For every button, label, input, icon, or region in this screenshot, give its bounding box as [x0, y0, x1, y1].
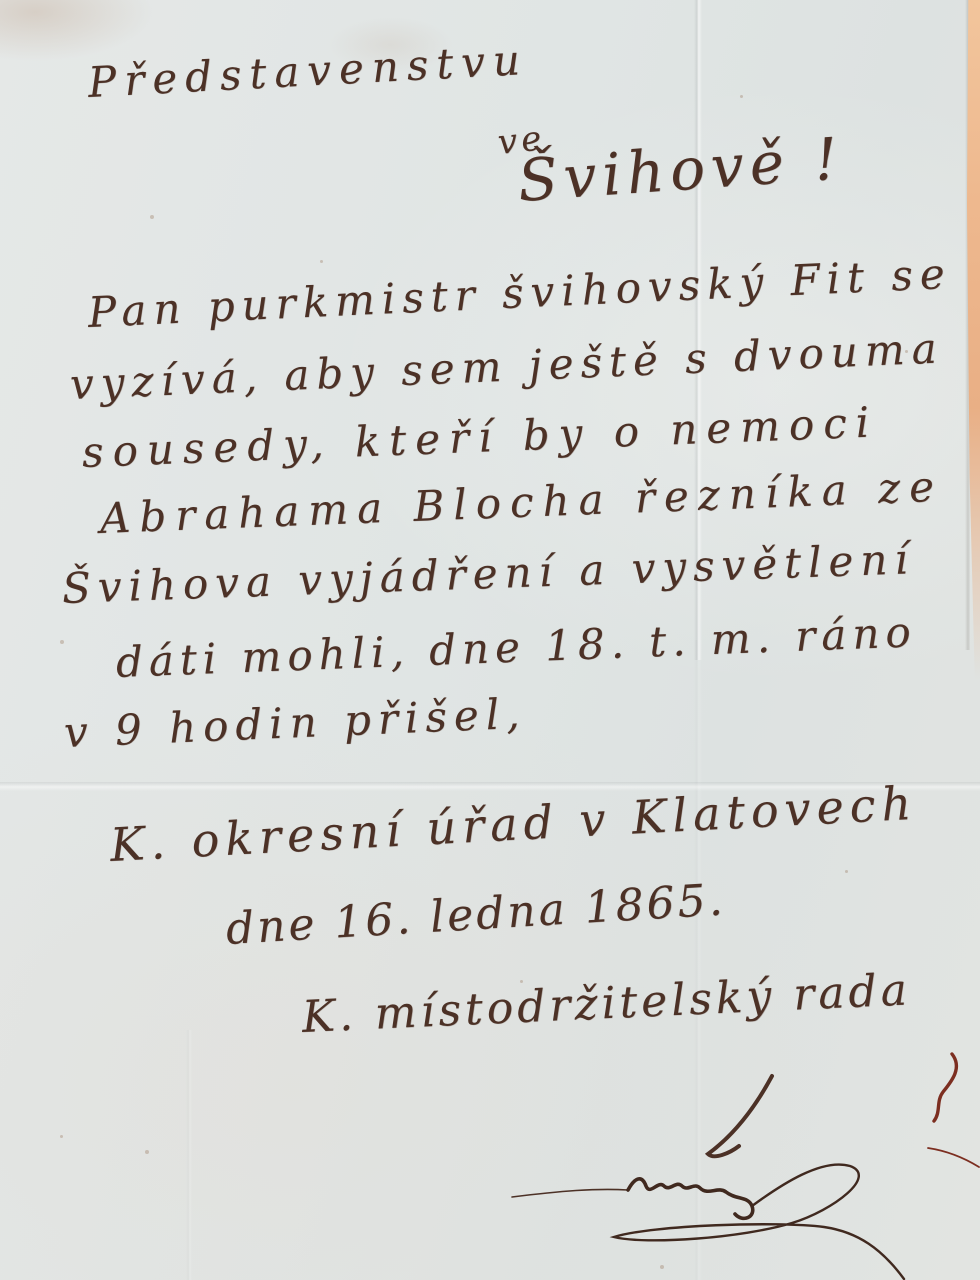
body-line-7: v 9 hodin přišel, — [63, 693, 527, 754]
salutation-addressee: Představenstvu — [87, 39, 529, 104]
foxing-speck — [320, 260, 323, 263]
handwritten-letter-photo: Představenstvu ve Švihově ! Pan purkmist… — [0, 0, 980, 1280]
foxing-speck — [845, 870, 848, 873]
body-line-5: Švihova vyjádření a vysvětlení — [61, 538, 915, 610]
body-line-1: Pan purkmistr švihovský Fit se — [87, 253, 952, 334]
vertical-fold-crease-lower — [694, 640, 702, 1280]
closing-signer-title: K. místodržitelský rada — [301, 968, 912, 1040]
red-ink-mark-tail — [928, 1148, 979, 1167]
body-line-2: vyzívá, aby sem ještě s dvouma — [69, 327, 944, 406]
signature-underline-flourish — [614, 1165, 904, 1279]
faint-crease-bottom-left — [186, 1030, 192, 1280]
red-ink-mark — [934, 1054, 956, 1121]
foxing-speck — [145, 1150, 149, 1154]
body-line-3: sousedy, kteří by o nemoci — [81, 401, 879, 474]
signature-slash-stroke — [708, 1076, 772, 1156]
foxing-speck — [150, 215, 154, 219]
body-line-6: dáti mohli, dne 18. t. m. ráno — [115, 611, 917, 684]
foxing-speck — [60, 640, 64, 644]
foxing-speck — [60, 1135, 63, 1138]
signature-lead-line — [512, 1189, 628, 1197]
salutation-place: Švihově ! — [516, 129, 845, 210]
closing-date: dne 16. ledna 1865. — [225, 878, 727, 952]
paper-under-edge-strip — [967, 0, 980, 680]
signature-flourish — [628, 1179, 753, 1219]
closing-office: K. okresní úřad v Klatovech — [109, 780, 918, 868]
foxing-speck — [740, 95, 743, 98]
body-line-4: Abrahama Blocha řezníka ze — [99, 466, 944, 540]
foxing-speck — [660, 1265, 664, 1269]
